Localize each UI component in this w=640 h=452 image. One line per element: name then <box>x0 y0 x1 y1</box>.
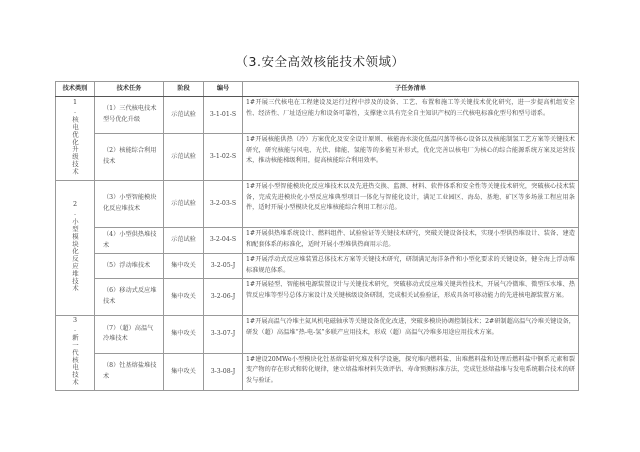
code-cell: 3-2-05-J <box>204 254 243 279</box>
header-subtasks: 子任务清单 <box>243 82 579 97</box>
table-row: （6）移动式反应堆技术 集中攻关 3-2-06-J 1#开展轻型、智能核电源装置… <box>56 279 579 316</box>
subtask-cell: 1#开展核能供热（冷）方案优化及安全设计原则、核能海水淡化低温闪蒸等核心设备以及… <box>243 134 579 181</box>
code-cell: 3-1-01-S <box>204 97 243 134</box>
page-title: （3.安全高效核能技术领域） <box>0 52 640 70</box>
task-cell: （2）核能综合利用技术 <box>95 134 164 181</box>
table-header-row: 技术类别 技术任务 阶段 编号 子任务清单 <box>56 82 579 97</box>
category-label: 1.核电优化升级技术 <box>71 98 79 175</box>
header-task: 技术任务 <box>95 82 164 97</box>
table-row: （4）小型供热堆技术 示范试验 3-2-04-S 1#开展供热堆系统设计、燃料组… <box>56 228 579 254</box>
subtask-cell: 1#开展供热堆系统设计、燃料组件、试验验证等关键技术研究，突破关键设备技术，实现… <box>243 228 579 254</box>
task-cell: （5）浮动堆技术 <box>95 254 164 279</box>
subtask-cell: 1#开展轻型、智能核电源装置设计与关键技术研究，突破移动式反应堆关键共性技术，开… <box>243 279 579 316</box>
subtask-cell: 1#开展浮动式反应堆装置总体技术方案等关键技术研究，研制满足海洋条件和小型化要求… <box>243 254 579 279</box>
table-row: （2）核能综合利用技术 示范试验 3-1-02-S 1#开展核能供热（冷）方案优… <box>56 134 579 181</box>
code-cell: 3-2-06-J <box>204 279 243 316</box>
code-cell: 3-3-07-J <box>204 316 243 354</box>
stage-cell: 集中攻关 <box>164 353 204 391</box>
stage-cell: 示范试验 <box>164 134 204 181</box>
task-cell: （6）移动式反应堆技术 <box>95 279 164 316</box>
subtask-cell: 1#开展三代核电在工程建设及运行过程中涉及的设备、工艺、布置和施工等关键技术优化… <box>243 97 579 134</box>
stage-cell: 示范试验 <box>164 228 204 254</box>
task-cell: （4）小型供热堆技术 <box>95 228 164 254</box>
subtask-cell: 1#建设20MWe小型模块化钍基熔盐研究堆及科学设施，探究堆内燃料盐、出堆燃料盐… <box>243 353 579 391</box>
task-cell: （7）（超）高温气冷堆技术 <box>95 316 164 354</box>
subtask-cell: 1#开展小型智能模块化反应堆技术以及先进热交换、监测、材料、软件体系和安全性等关… <box>243 181 579 228</box>
task-cell: （1）三代核电技术型号优化升级 <box>95 97 164 134</box>
category-cell: 2.小型模块化反应堆技术 <box>56 181 95 316</box>
stage-cell: 示范试验 <box>164 97 204 134</box>
code-cell: 3-1-02-S <box>204 134 243 181</box>
header-code: 编号 <box>204 82 243 97</box>
table-row: （5）浮动堆技术 集中攻关 3-2-05-J 1#开展浮动式反应堆装置总体技术方… <box>56 254 579 279</box>
code-cell: 3-2-03-S <box>204 181 243 228</box>
stage-cell: 集中攻关 <box>164 254 204 279</box>
category-label: 2.小型模块化反应堆技术 <box>71 200 79 292</box>
category-cell: 3.新一代核电技术 <box>56 316 95 391</box>
header-category: 技术类别 <box>56 82 95 97</box>
table-row: 3.新一代核电技术 （7）（超）高温气冷堆技术 集中攻关 3-3-07-J 1#… <box>56 316 579 354</box>
code-cell: 3-3-08-J <box>204 353 243 391</box>
code-cell: 3-2-04-S <box>204 228 243 254</box>
task-cell: （3）小型智能模块化反应堆技术 <box>95 181 164 228</box>
category-cell: 1.核电优化升级技术 <box>56 97 95 181</box>
task-cell: （8）钍基熔盐堆技术 <box>95 353 164 391</box>
table-row: 1.核电优化升级技术 （1）三代核电技术型号优化升级 示范试验 3-1-01-S… <box>56 97 579 134</box>
subtask-cell: 1#开展高温气冷堆主氦风机电磁轴承等关键设备优化改进，突破多模块协调控制技术；2… <box>243 316 579 354</box>
header-stage: 阶段 <box>164 82 204 97</box>
stage-cell: 集中攻关 <box>164 316 204 354</box>
category-label: 3.新一代核电技术 <box>71 316 79 386</box>
table-row: 2.小型模块化反应堆技术 （3）小型智能模块化反应堆技术 示范试验 3-2-03… <box>56 181 579 228</box>
task-table: 技术类别 技术任务 阶段 编号 子任务清单 1.核电优化升级技术 （1）三代核电… <box>55 81 579 391</box>
stage-cell: 示范试验 <box>164 181 204 228</box>
stage-cell: 集中攻关 <box>164 279 204 316</box>
table-row: （8）钍基熔盐堆技术 集中攻关 3-3-08-J 1#建设20MWe小型模块化钍… <box>56 353 579 391</box>
